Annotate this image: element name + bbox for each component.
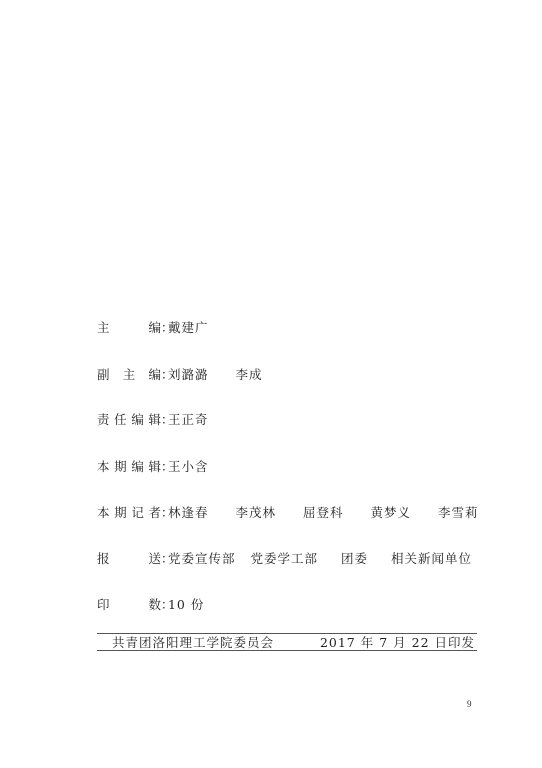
- colon: ：: [161, 367, 163, 383]
- field-value: 10 份: [168, 597, 204, 613]
- person-name: 王正奇: [168, 412, 209, 428]
- issue-footer: 共青团洛阳理工学院委员会 2017 年 7 月 22 日印发: [97, 633, 477, 651]
- field-label: 主 编: [97, 320, 161, 336]
- person-name: 屈登科: [303, 505, 344, 521]
- colon: ：: [161, 320, 163, 336]
- field-value: 王正奇: [168, 412, 209, 428]
- colon: ：: [161, 505, 163, 521]
- colon: ：: [161, 551, 163, 567]
- field-value: 党委宣传部 党委学工部 团委 相关新闻单位: [168, 551, 472, 567]
- print-count: 10 份: [168, 597, 204, 613]
- person-name: 黄梦义: [370, 505, 411, 521]
- field-label: 报 送: [97, 551, 161, 567]
- person-name: 刘潞潞: [168, 367, 209, 383]
- issue-date: 2017 年 7 月 22 日印发: [320, 635, 475, 650]
- person-name: 林逢春: [168, 505, 209, 521]
- recipient: 党委宣传部: [168, 551, 236, 567]
- field-label: 印 数: [97, 597, 161, 613]
- responsible-editor-row: 责任编辑： 王正奇: [97, 412, 209, 428]
- field-label: 本期编辑: [97, 459, 161, 475]
- person-name: 李雪莉: [438, 505, 479, 521]
- editor-in-chief-row: 主 编： 戴建广: [97, 320, 209, 336]
- field-label: 责任编辑: [97, 412, 161, 428]
- recipient: 相关新闻单位: [391, 551, 472, 567]
- reporters-row: 本期记者： 林逢春 李茂林 屈登科 黄梦义 李雪莉: [97, 505, 479, 521]
- page-number: 9: [467, 699, 472, 709]
- colon: ：: [161, 412, 163, 428]
- person-name: 王小含: [168, 459, 209, 475]
- person-name: 李成: [235, 367, 262, 383]
- field-value: 戴建广: [168, 320, 209, 336]
- field-value: 林逢春 李茂林 屈登科 黄梦义 李雪莉: [168, 505, 479, 521]
- deputy-editor-row: 副 主 编： 刘潞潞 李成: [97, 367, 263, 383]
- field-value: 王小含: [168, 459, 209, 475]
- person-name: 戴建广: [168, 320, 209, 336]
- person-name: 李茂林: [235, 505, 276, 521]
- colon: ：: [161, 597, 163, 613]
- field-label: 副 主 编: [97, 367, 161, 383]
- recipient: 团委: [341, 551, 368, 567]
- print-count-row: 印 数： 10 份: [97, 597, 204, 613]
- field-label: 本期记者: [97, 505, 161, 521]
- colon: ：: [161, 459, 163, 475]
- issue-editor-row: 本期编辑： 王小含: [97, 459, 209, 475]
- distribution-row: 报 送： 党委宣传部 党委学工部 团委 相关新闻单位: [97, 551, 472, 567]
- document-page: 主 编： 戴建广 副 主 编： 刘潞潞 李成 责任编辑： 王正奇 本期编辑： 王…: [0, 0, 542, 768]
- issuing-organization: 共青团洛阳理工学院委员会: [112, 635, 274, 650]
- field-value: 刘潞潞 李成: [168, 367, 263, 383]
- recipient: 党委学工部: [250, 551, 318, 567]
